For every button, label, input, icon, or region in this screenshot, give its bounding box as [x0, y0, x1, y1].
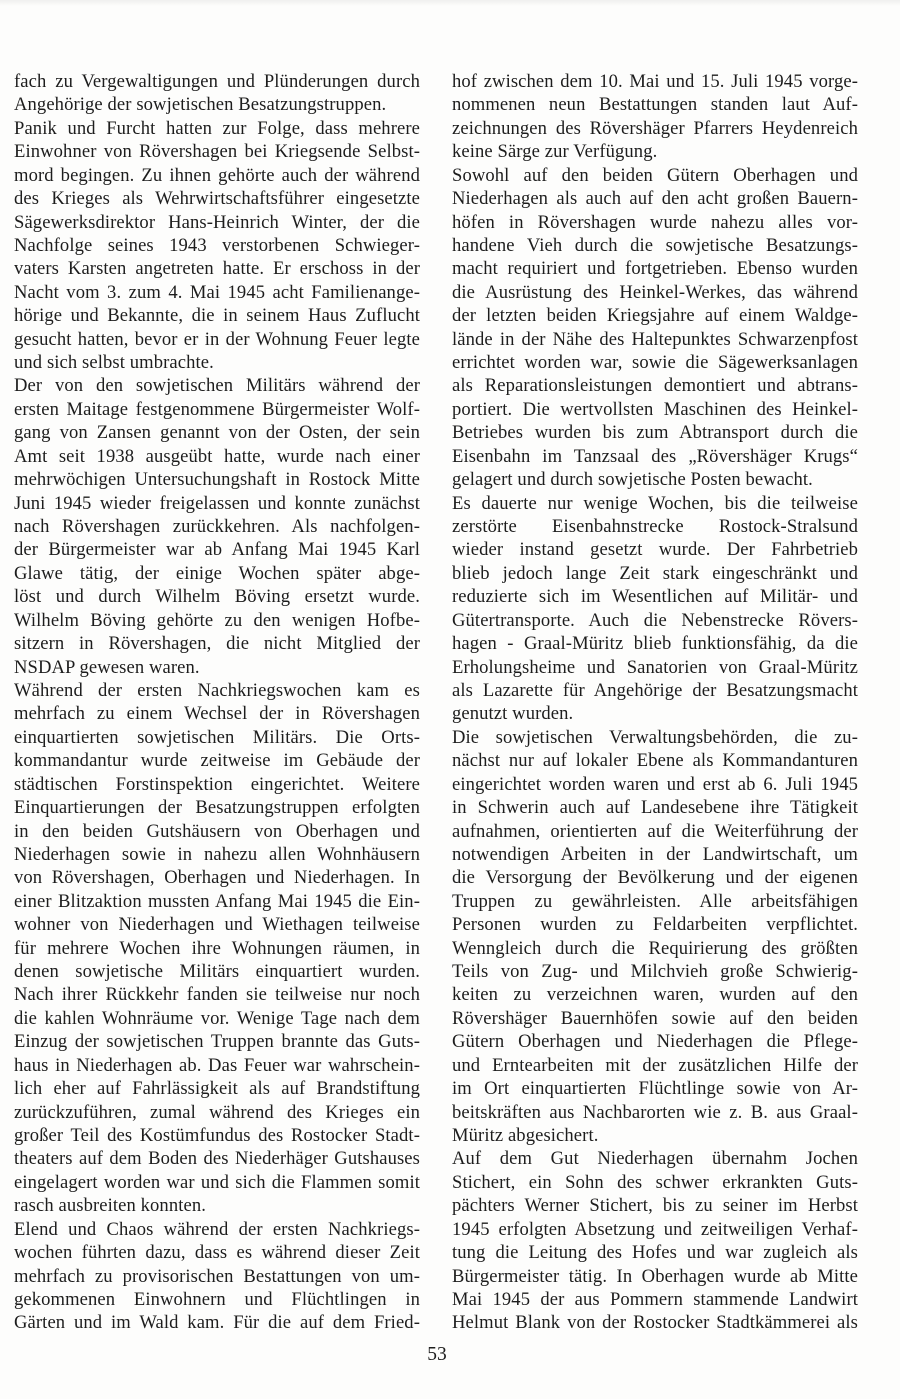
text-line: Betriebes wurden bis zum Abtransport dur…: [452, 421, 858, 444]
text-line: gelagert und durch sowjetische Posten be…: [452, 468, 858, 491]
text-line: Teils von Zug- und Milchvieh große Schwi…: [452, 960, 858, 983]
text-line: lich eher auf Fahrlässigkeit als auf Bra…: [14, 1077, 420, 1100]
text-line: Personen wurden zu Feldarbeiten verpflic…: [452, 913, 858, 936]
text-line: Wilhelm Böving gehörte zu den wenigen Ho…: [14, 609, 420, 632]
text-line: lände in der Nähe des Haltepunktes Schwa…: [452, 328, 858, 351]
text-line: hagen - Graal-Müritz blieb funktionsfähi…: [452, 632, 858, 655]
text-line: Niederhagen als auch auf den acht großen…: [452, 187, 858, 210]
text-line: tung die Leitung des Hofes und war zugle…: [452, 1241, 858, 1264]
text-line: ersten Maitage festgenommene Bürgermeist…: [14, 398, 420, 421]
text-line: nach Rövershagen zurückkehren. Als nachf…: [14, 515, 420, 538]
text-line: errichtet worden war, sowie die Sägewerk…: [452, 351, 858, 374]
text-line: gang von Zansen genannt von der Osten, d…: [14, 421, 420, 444]
text-line: denen sowjetische Militärs einquartiert …: [14, 960, 420, 983]
text-line: aufnahmen, orientierten auf die Weiterfü…: [452, 820, 858, 843]
text-line: eingelagert worden war und sich die Flam…: [14, 1171, 420, 1194]
text-line: keine Särge zur Verfügung.: [452, 140, 858, 163]
text-line: beitskräften aus Nachbarorten wie z. B. …: [452, 1101, 858, 1124]
text-line: macht requiriert und fortgetrieben. Eben…: [452, 257, 858, 280]
text-line: wochen führten dazu, dass es während die…: [14, 1241, 420, 1264]
text-line: wohner von Niederhagen und Wiethagen tei…: [14, 913, 420, 936]
paragraph: Es dauerte nur wenige Wochen, bis die te…: [452, 492, 858, 726]
text-line: fach zu Vergewaltigungen und Plünderunge…: [14, 70, 420, 93]
text-line: zurückzuführen, zumal während des Kriege…: [14, 1101, 420, 1124]
text-line: Mai 1945 der aus Pommern stammende Landw…: [452, 1288, 858, 1311]
text-line: zeichnungen des Rövershäger Pfarrers Hey…: [452, 117, 858, 140]
text-line: gekommenen Einwohnern und Flüchtlingen i…: [14, 1288, 420, 1311]
text-line: hof zwischen dem 10. Mai und 15. Juli 19…: [452, 70, 858, 93]
text-line: hörige und Bekannte, die in seinem Haus …: [14, 304, 420, 327]
text-line: von Rövershagen, Oberhagen und Niederhag…: [14, 866, 420, 889]
text-line: mehrfach zu einem Wechsel der in Röversh…: [14, 702, 420, 725]
text-line: Angehörige der sowjetischen Besatzungstr…: [14, 93, 420, 116]
text-line: und sich selbst umbrachte.: [14, 351, 420, 374]
text-line: Helmut Blank von der Rostocker Stadtkämm…: [452, 1311, 858, 1334]
text-line: eingerichtet worden waren und erst ab 6.…: [452, 773, 858, 796]
text-line: für mehrere Wochen ihre Wohnungen räumen…: [14, 937, 420, 960]
text-line: blieb jedoch lange Zeit stark eingeschrä…: [452, 562, 858, 585]
text-line: Nach ihrer Rückkehr fanden sie teilweise…: [14, 983, 420, 1006]
text-line: Gärten und im Wald kam. Für die auf dem …: [14, 1311, 420, 1334]
text-line: Nachfolge seines 1943 verstorbenen Schwi…: [14, 234, 420, 257]
text-line: einquartierten sowjetischen Militärs. Di…: [14, 726, 420, 749]
text-line: portiert. Die wertvollsten Maschinen des…: [452, 398, 858, 421]
paragraph: Auf dem Gut Niederhagen übernahm JochenS…: [452, 1147, 858, 1334]
paragraph: Panik und Furcht hatten zur Folge, dass …: [14, 117, 420, 375]
text-line: Juni 1945 wieder freigelassen und konnte…: [14, 492, 420, 515]
text-line: Bürgermeister tätig. In Oberhagen wurde …: [452, 1265, 858, 1288]
text-line: Es dauerte nur wenige Wochen, bis die te…: [452, 492, 858, 515]
text-line: als Lazarette für Angehörige der Besatzu…: [452, 679, 858, 702]
text-line: Glawe tätig, der einige Wochen später ab…: [14, 562, 420, 585]
text-line: gesucht hatten, bevor er in der Wohnung …: [14, 328, 420, 351]
text-line: Sowohl auf den beiden Gütern Oberhagen u…: [452, 164, 858, 187]
text-line: die kahlen Wohnräume vor. Wenige Tage na…: [14, 1007, 420, 1030]
text-line: Nacht vom 3. zum 4. Mai 1945 acht Famili…: [14, 281, 420, 304]
text-line: theaters auf dem Boden des Niederhäger G…: [14, 1147, 420, 1170]
paragraph: Elend und Chaos während der ersten Nachk…: [14, 1218, 420, 1335]
text-line: genutzt wurden.: [452, 702, 858, 725]
text-line: Panik und Furcht hatten zur Folge, dass …: [14, 117, 420, 140]
text-line: Müritz abgesichert.: [452, 1124, 858, 1147]
text-line: reduzierte sich im Wesentlichen auf Mili…: [452, 585, 858, 608]
text-line: Amt seit 1938 ausgeübt hatte, wurde nach…: [14, 445, 420, 468]
text-line: die Versorgung der Bevölkerung und der e…: [452, 866, 858, 889]
paragraph: Der von den sowjetischen Militärs währen…: [14, 374, 420, 678]
paragraph: hof zwischen dem 10. Mai und 15. Juli 19…: [452, 70, 858, 164]
text-line: Der von den sowjetischen Militärs währen…: [14, 374, 420, 397]
text-line: Gütern Oberhagen und Niederhagen die Pfl…: [452, 1030, 858, 1053]
text-column-right: hof zwischen dem 10. Mai und 15. Juli 19…: [452, 70, 858, 1335]
text-line: des Krieges als Wehrwirtschaftsführer ei…: [14, 187, 420, 210]
text-line: 1945 erfolgten Absetzung und zeitweilige…: [452, 1218, 858, 1241]
book-page: fach zu Vergewaltigungen und Plünderunge…: [0, 0, 900, 1399]
text-line: Elend und Chaos während der ersten Nachk…: [14, 1218, 420, 1241]
text-line: wieder instand gesetzt wurde. Der Fahrbe…: [452, 538, 858, 561]
text-line: Auf dem Gut Niederhagen übernahm Jochen: [452, 1147, 858, 1170]
text-line: Einzug der sowjetischen Truppen brannte …: [14, 1030, 420, 1053]
text-line: notwendigen Arbeiten in der Landwirtscha…: [452, 843, 858, 866]
text-line: mehrfach zu provisorischen Bestattungen …: [14, 1265, 420, 1288]
text-line: löst und durch Wilhelm Böving ersetzt wu…: [14, 585, 420, 608]
text-line: Einwohner von Rövershagen bei Kriegsende…: [14, 140, 420, 163]
text-line: Wenngleich durch die Requirierung des gr…: [452, 937, 858, 960]
text-line: Sägewerksdirektor Hans-Heinrich Winter, …: [14, 211, 420, 234]
text-line: in den beiden Gutshäusern von Oberhagen …: [14, 820, 420, 843]
text-line: pächters Werner Stichert, bis zu seiner …: [452, 1194, 858, 1217]
text-line: in Schwerin auch auf Landesebene ihre Tä…: [452, 796, 858, 819]
text-line: der letzten beiden Kriegsjahre auf einem…: [452, 304, 858, 327]
paragraph: Sowohl auf den beiden Gütern Oberhagen u…: [452, 164, 858, 492]
text-line: Truppen zu gewährleisten. Alle arbeitsfä…: [452, 890, 858, 913]
text-line: Niederhagen sowie in nahezu allen Wohnhä…: [14, 843, 420, 866]
text-line: vaters Karsten angetreten hatte. Er ersc…: [14, 257, 420, 280]
text-line: Die sowjetischen Verwaltungsbehörden, di…: [452, 726, 858, 749]
text-line: Rövershäger Bauernhöfen sowie auf den be…: [452, 1007, 858, 1030]
text-line: großer Teil des Kostümfundus des Rostock…: [14, 1124, 420, 1147]
text-line: rasch ausbreiten konnten.: [14, 1194, 420, 1217]
text-line: haus in Niederhagen ab. Das Feuer war wa…: [14, 1054, 420, 1077]
text-line: nommenen neun Bestattungen standen laut …: [452, 93, 858, 116]
text-line: sitzern in Rövershagen, die nicht Mitgli…: [14, 632, 420, 655]
text-line: nächst nur auf lokaler Ebene als Kommand…: [452, 749, 858, 772]
text-line: Während der ersten Nachkriegswochen kam …: [14, 679, 420, 702]
text-line: im Ort einquartierten Flüchtlinge sowie …: [452, 1077, 858, 1100]
text-line: höfen in Rövershagen wurde nahezu alles …: [452, 211, 858, 234]
text-line: die Ausrüstung des Heinkel-Werkes, das w…: [452, 281, 858, 304]
text-line: zerstörte Eisenbahnstrecke Rostock-Stral…: [452, 515, 858, 538]
text-line: einer Blitzaktion mussten Anfang Mai 194…: [14, 890, 420, 913]
text-line: Einquartierungen der Besatzungstruppen e…: [14, 796, 420, 819]
text-line: als Reparationsleistungen demontiert und…: [452, 374, 858, 397]
text-line: kommandantur wurde zeitweise im Gebäude …: [14, 749, 420, 772]
text-line: der Bürgermeister war ab Anfang Mai 1945…: [14, 538, 420, 561]
text-line: keiten zu verzeichnen waren, wurden auf …: [452, 983, 858, 1006]
text-line: handene Vieh durch die sowjetische Besat…: [452, 234, 858, 257]
text-line: mehrwöchigen Untersuchungshaft in Rostoc…: [14, 468, 420, 491]
text-line: und Erntearbeiten mit der zusätzlichen H…: [452, 1054, 858, 1077]
paragraph: fach zu Vergewaltigungen und Plünderunge…: [14, 70, 420, 117]
text-line: mord begingen. Zu ihnen gehörte auch der…: [14, 164, 420, 187]
text-line: städtischen Forstinspektion eingerichtet…: [14, 773, 420, 796]
text-line: Eisenbahn im Tanzsaal des „Rövershäger K…: [452, 445, 858, 468]
text-column-left: fach zu Vergewaltigungen und Plünderunge…: [14, 70, 420, 1335]
text-line: NSDAP gewesen waren.: [14, 656, 420, 679]
paragraph: Die sowjetischen Verwaltungsbehörden, di…: [452, 726, 858, 1148]
text-line: Stichert, ein Sohn des schwer erkrankten…: [452, 1171, 858, 1194]
text-line: Gütertransporte. Auch die Nebenstrecke R…: [452, 609, 858, 632]
text-line: Erholungsheime und Sanatorien von Graal-…: [452, 656, 858, 679]
paragraph: Während der ersten Nachkriegswochen kam …: [14, 679, 420, 1218]
page-number: 53: [14, 1343, 860, 1367]
